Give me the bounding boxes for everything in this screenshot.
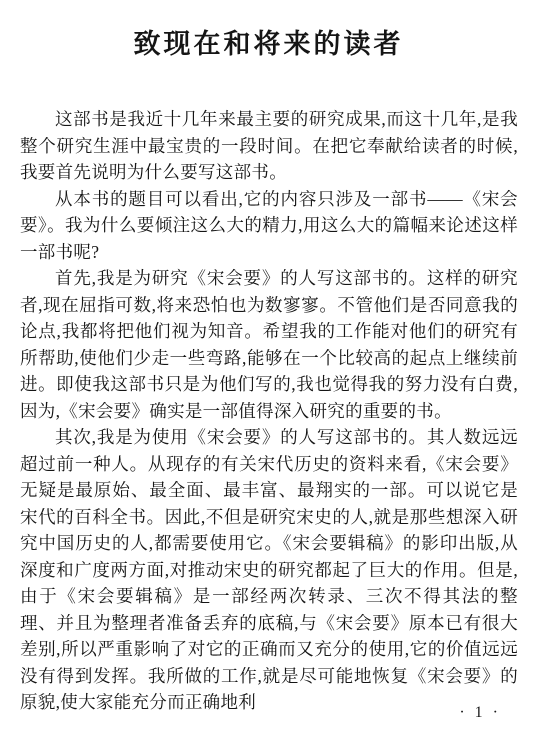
paragraph: 这部书是我近十几年来最主要的研究成果,而这十几年,是我整个研究生涯中最宝贵的一段…	[20, 106, 518, 186]
page-title: 致现在和将来的读者	[0, 0, 537, 62]
body-text: 这部书是我近十几年来最主要的研究成果,而这十几年,是我整个研究生涯中最宝贵的一段…	[20, 106, 518, 716]
paragraph: 首先,我是为研究《宋会要》的人写这部书的。这样的研究者,现在屈指可数,将来恐怕也…	[20, 265, 518, 424]
paragraph: 从本书的题目可以看出,它的内容只涉及一部书——《宋会要》。我为什么要倾注这么大的…	[20, 186, 518, 266]
book-page: 致现在和将来的读者 这部书是我近十几年来最主要的研究成果,而这十几年,是我整个研…	[0, 0, 537, 738]
page-number: · 1 ·	[459, 704, 501, 722]
paragraph: 其次,我是为使用《宋会要》的人写这部书的。其人数远远超过前一种人。从现存的有关宋…	[20, 424, 518, 716]
